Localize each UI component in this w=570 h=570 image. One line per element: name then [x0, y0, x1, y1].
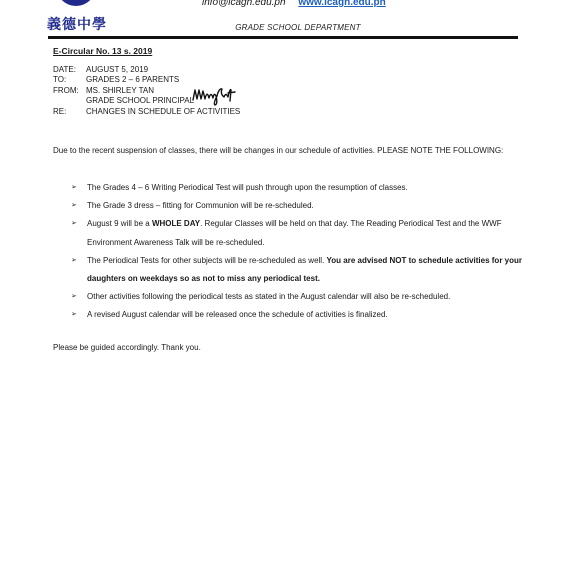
item-text-pre: August 9 will be a [87, 219, 152, 228]
to-label: TO: [53, 75, 86, 85]
item-text: The Grades 4 – 6 Writing Periodical Test… [87, 183, 408, 192]
from-value: MS. SHIRLEY TAN [86, 86, 154, 96]
memo-re-row: RE: CHANGES IN SCHEDULE OF ACTIVITIES [53, 107, 240, 117]
date-value: AUGUST 5, 2019 [86, 65, 148, 75]
website-link[interactable]: www.icagh.edu.ph [298, 0, 385, 8]
contact-line: info@icagh.edu.ph www.icagh.edu.ph [202, 0, 386, 8]
to-value: GRADES 2 – 6 PARENTS [86, 75, 179, 85]
from-label: FROM: [53, 86, 86, 96]
arrow-bullet-icon: ➢ [71, 288, 77, 306]
notice-list: ➢ The Grades 4 – 6 Writing Periodical Te… [71, 179, 523, 325]
from-title: GRADE SCHOOL PRINCIPAL [86, 96, 194, 106]
list-item: ➢ Other activities following the periodi… [71, 288, 523, 306]
arrow-bullet-icon: ➢ [71, 197, 77, 215]
item-text-pre: The Periodical Tests for other subjects … [87, 256, 327, 265]
memo-date-row: DATE: AUGUST 5, 2019 [53, 65, 240, 75]
email-address: info@icagh.edu.ph [202, 0, 286, 8]
list-item: ➢ The Periodical Tests for other subject… [71, 252, 523, 288]
list-item: ➢ August 9 will be a WHOLE DAY. Regular … [71, 215, 523, 251]
item-text: Other activities following the periodica… [87, 292, 450, 301]
closing-line: Please be guided accordingly. Thank you. [53, 343, 201, 352]
arrow-bullet-icon: ➢ [71, 252, 77, 270]
department-title: GRADE SCHOOL DEPARTMENT [0, 23, 570, 32]
arrow-bullet-icon: ➢ [71, 215, 77, 233]
item-text: The Grade 3 dress – fitting for Communio… [87, 201, 314, 210]
signature-icon [191, 84, 239, 106]
arrow-bullet-icon: ➢ [71, 179, 77, 197]
arrow-bullet-icon: ➢ [71, 306, 77, 324]
item-text: A revised August calendar will be releas… [87, 310, 388, 319]
intro-paragraph: Due to the recent suspension of classes,… [53, 145, 523, 156]
re-value: CHANGES IN SCHEDULE OF ACTIVITIES [86, 107, 240, 117]
re-label: RE: [53, 107, 86, 117]
list-item: ➢ The Grade 3 dress – fitting for Commun… [71, 197, 523, 215]
school-logo-emblem [56, 0, 96, 6]
header-divider [48, 36, 518, 39]
list-item: ➢ The Grades 4 – 6 Writing Periodical Te… [71, 179, 523, 197]
circular-number: E-Circular No. 13 s. 2019 [53, 46, 152, 56]
list-item: ➢ A revised August calendar will be rele… [71, 306, 523, 324]
item-text-emphasis: WHOLE DAY [152, 219, 200, 228]
date-label: DATE: [53, 65, 86, 75]
